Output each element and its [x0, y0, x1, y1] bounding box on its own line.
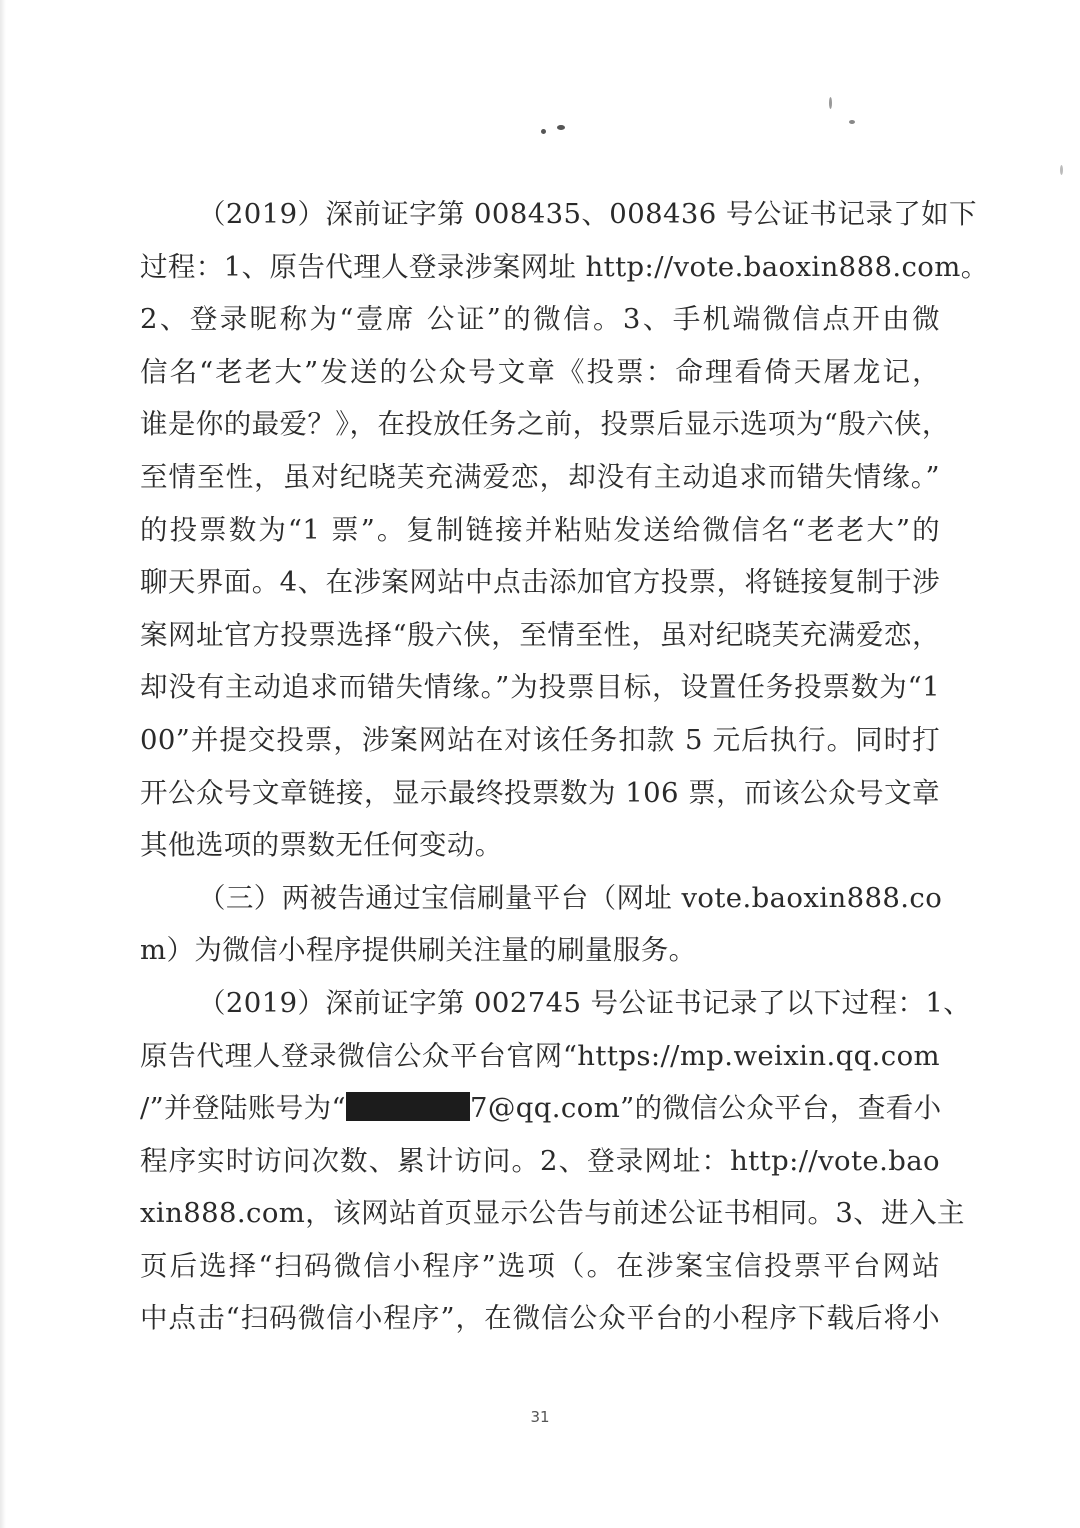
text-line: （三）两被告通过宝信刷量平台（网址 vote.baoxin888.co [140, 872, 940, 925]
text-line: 其他选项的票数无任何变动。 [140, 819, 940, 872]
text-line-with-redaction: /”并登陆账号为“7@qq.com”的微信公众平台，查看小 [140, 1082, 940, 1135]
document-body: （2019）深前证字第 008435、008436 号公证书记录了如下 过程：1… [140, 188, 940, 1345]
text-line: 案网址官方投票选择“殷六侠，至情至性，虽对纪晓芙充满爱恋， [140, 609, 940, 662]
text-line: （2019）深前证字第 008435、008436 号公证书记录了如下 [140, 188, 940, 241]
paragraph-notary-008435: （2019）深前证字第 008435、008436 号公证书记录了如下 过程：1… [140, 188, 940, 872]
text-segment: /”并登陆账号为“ [140, 1092, 346, 1124]
text-line: 开公众号文章链接，显示最终投票数为 106 票，而该公众号文章 [140, 767, 940, 820]
text-line: xin888.com，该网站首页显示公告与前述公证书相同。3、进入主 [140, 1187, 940, 1240]
text-line: 过程：1、原告代理人登录涉案网址 http://vote.baoxin888.c… [140, 241, 940, 294]
page-number: 31 [0, 1408, 1080, 1426]
text-line: 原告代理人登录微信公众平台官网“https://mp.weixin.qq.com [140, 1030, 940, 1083]
text-line: 信名“老老大”发送的公众号文章《投票：命理看倚天屠龙记， [140, 346, 940, 399]
scan-speck [557, 125, 565, 130]
text-line: 00”并提交投票，涉案网站在对该任务扣款 5 元后执行。同时打 [140, 714, 940, 767]
text-line: 却没有主动追求而错失情缘。”为投票目标，设置任务投票数为“1 [140, 661, 940, 714]
text-line: （2019）深前证字第 002745 号公证书记录了以下过程：1、 [140, 977, 940, 1030]
text-line: 页后选择“扫码微信小程序”选项（。在涉案宝信投票平台网站 [140, 1240, 940, 1293]
text-line: m）为微信小程序提供刷关注量的刷量服务。 [140, 924, 940, 977]
text-line: 2、登录昵称为“壹席 公证”的微信。3、手机端微信点开由微 [140, 293, 940, 346]
text-line: 谁是你的最爱？》，在投放任务之前，投票后显示选项为“殷六侠， [140, 398, 940, 451]
scan-speck [849, 120, 855, 124]
paragraph-notary-002745: （2019）深前证字第 002745 号公证书记录了以下过程：1、 原告代理人登… [140, 977, 940, 1345]
redacted-account-block [346, 1092, 470, 1121]
text-line: 中点击“扫码微信小程序”，在微信公众平台的小程序下载后将小 [140, 1292, 940, 1345]
scan-speck [1060, 165, 1063, 175]
text-line: 聊天界面。4、在涉案网站中点击添加官方投票，将链接复制于涉 [140, 556, 940, 609]
text-line: 程序实时访问次数、累计访问。2、登录网址：http://vote.bao [140, 1135, 940, 1188]
text-segment: 7@qq.com”的微信公众平台，查看小 [470, 1092, 942, 1124]
paragraph-section-three-heading: （三）两被告通过宝信刷量平台（网址 vote.baoxin888.co m）为微… [140, 872, 940, 977]
text-line: 的投票数为“1 票”。复制链接并粘贴发送给微信名“老老大”的 [140, 504, 940, 557]
text-line: 至情至性，虽对纪晓芙充满爱恋，却没有主动追求而错失情缘。” [140, 451, 940, 504]
scan-speck [541, 129, 546, 134]
scan-speck [829, 97, 832, 109]
scan-edge-shadow [0, 0, 6, 1528]
